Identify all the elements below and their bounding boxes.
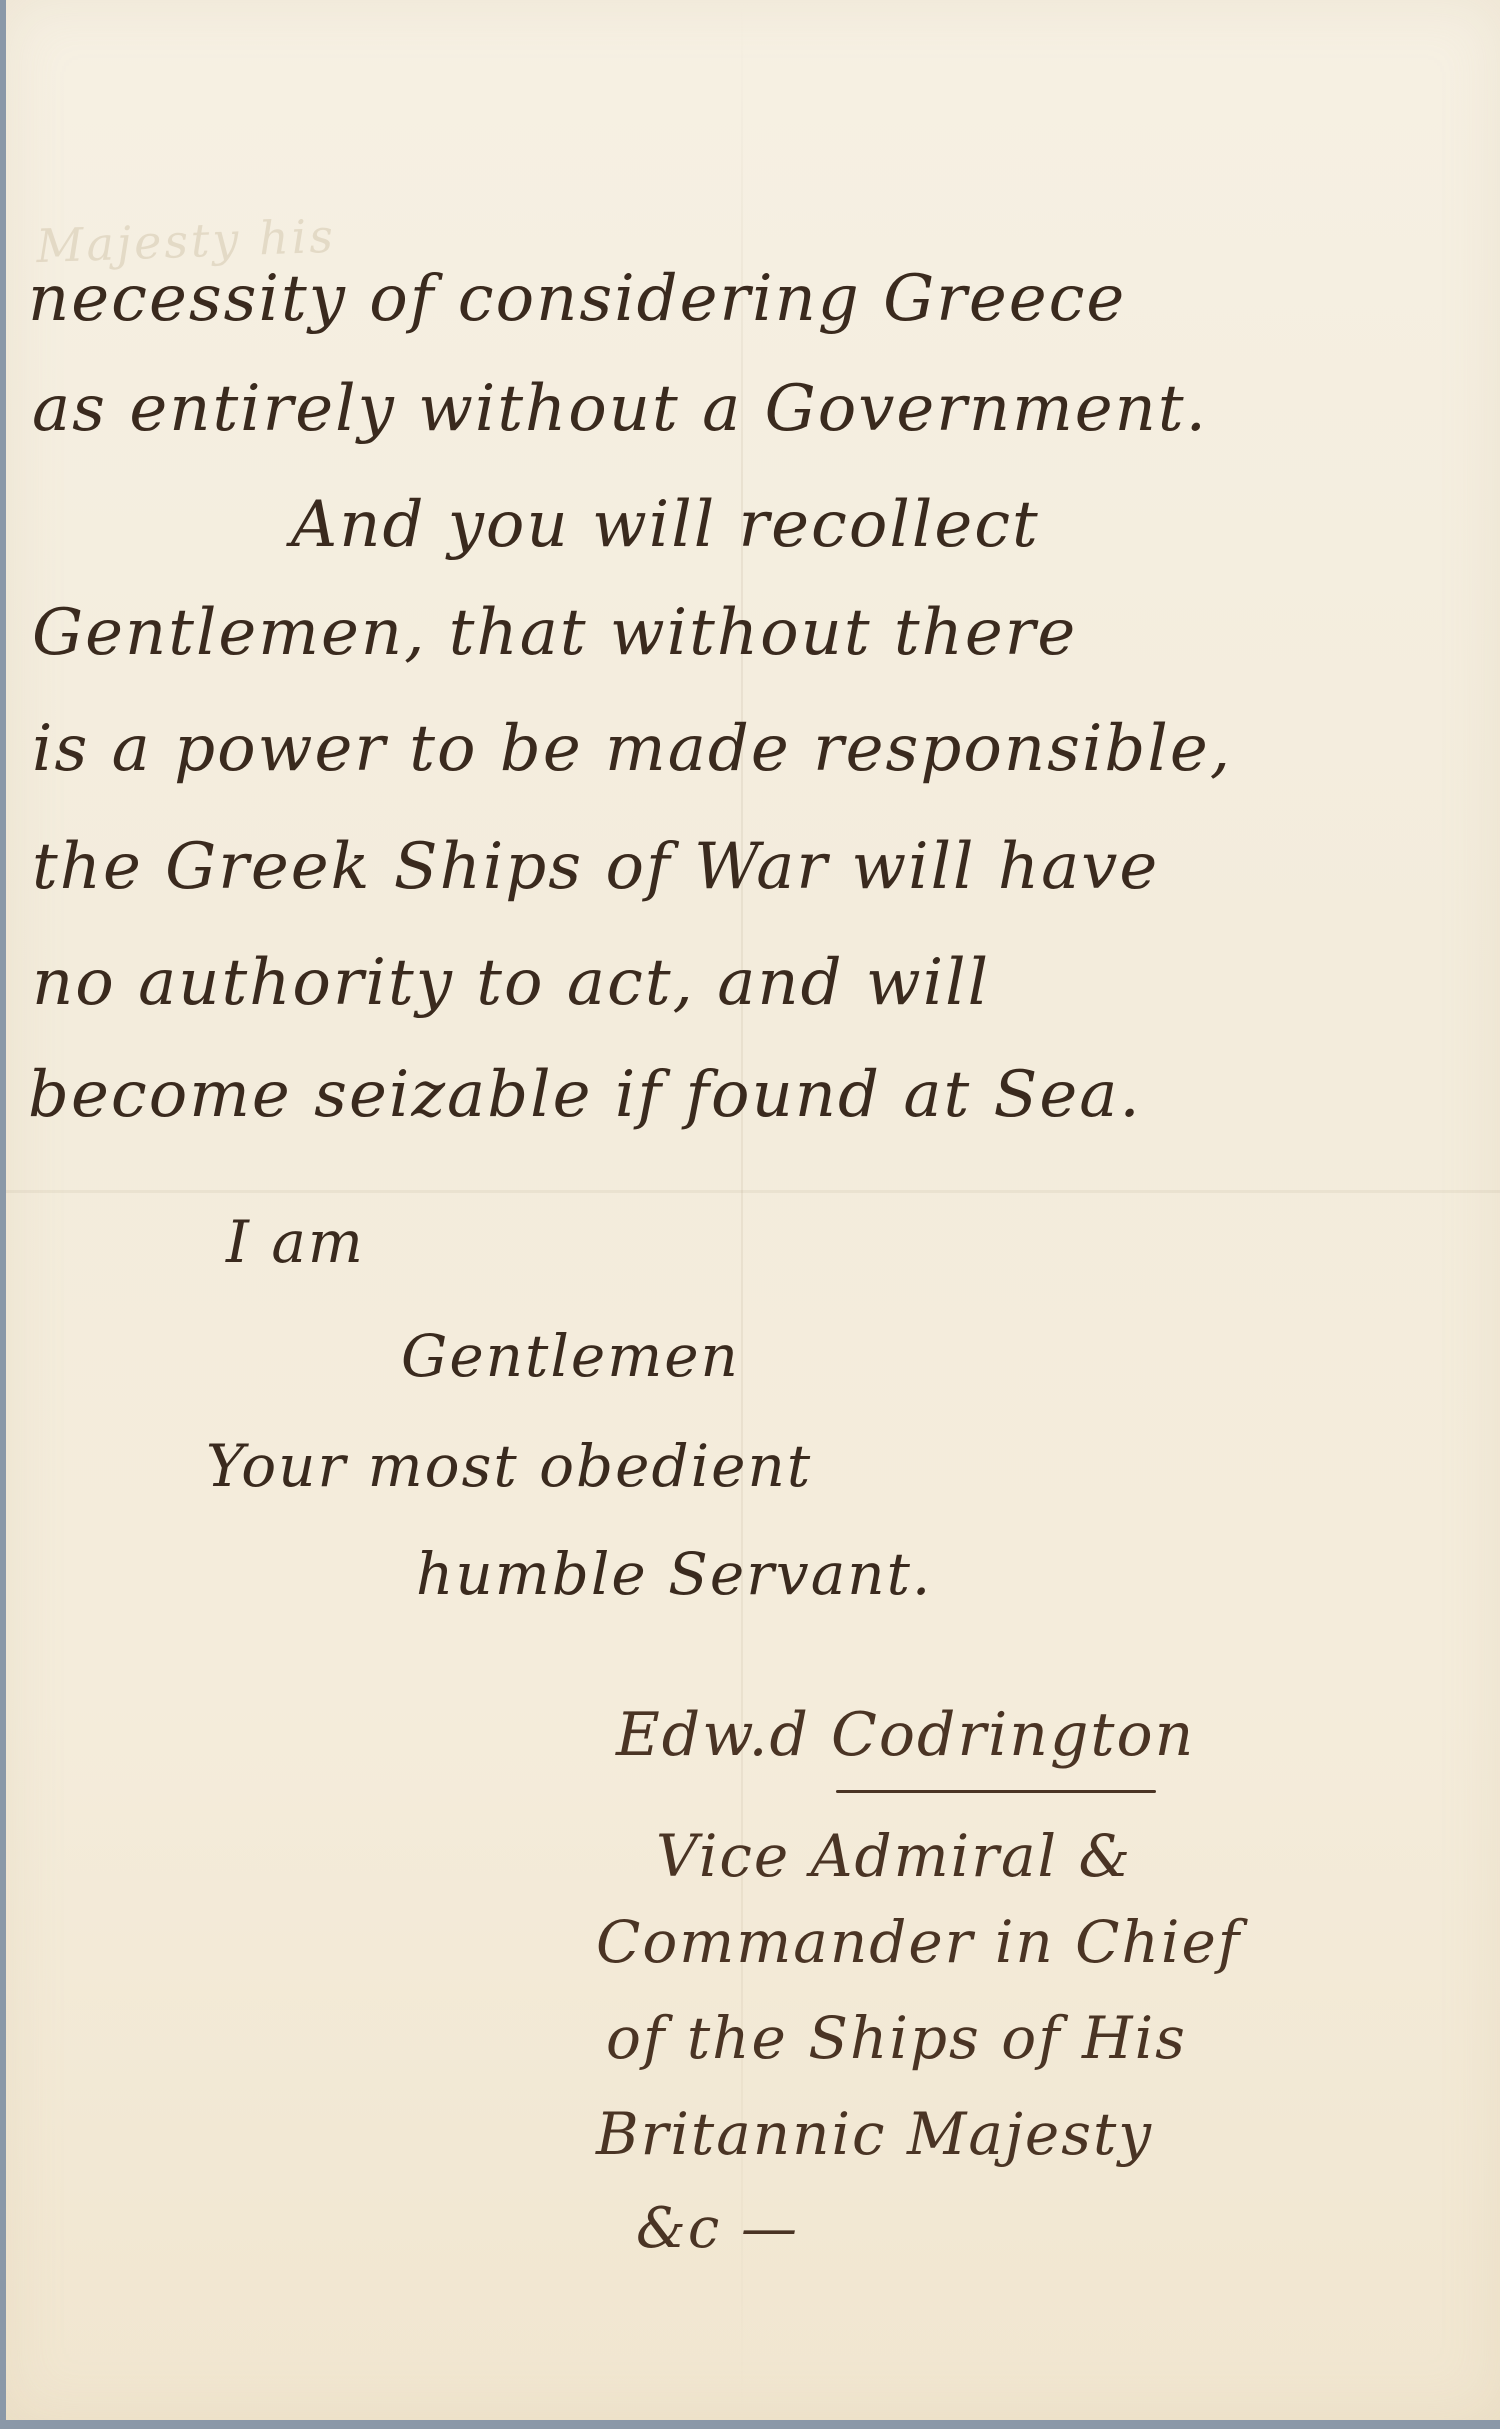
body-line-5: is a power to be made responsible, bbox=[32, 712, 1232, 786]
signature-title-line-5: &c — bbox=[636, 2196, 799, 2261]
horizontal-fold-crease bbox=[6, 1190, 1500, 1193]
letter-page: Majesty his necessity of considering Gre… bbox=[6, 0, 1500, 2420]
body-line-2: as entirely without a Government. bbox=[32, 372, 1208, 446]
signature-title-line-3: of the Ships of His bbox=[606, 2004, 1187, 2072]
signature-title-line-1: Vice Admiral & bbox=[656, 1822, 1132, 1890]
body-line-7: no authority to act, and will bbox=[32, 946, 990, 1020]
closing-line-4: humble Servant. bbox=[416, 1540, 932, 1608]
closing-line-2: Gentlemen bbox=[401, 1322, 740, 1390]
signature-title-line-2: Commander in Chief bbox=[596, 1908, 1241, 1976]
body-line-3: And you will recollect bbox=[291, 488, 1040, 562]
ink-showthrough: Majesty his bbox=[35, 181, 1136, 273]
signature-name: Edw.d Codrington bbox=[616, 1700, 1195, 1770]
body-line-8: become seizable if found at Sea. bbox=[28, 1058, 1142, 1132]
closing-line-1: I am bbox=[226, 1208, 365, 1276]
body-line-1: necessity of considering Greece bbox=[28, 262, 1126, 336]
closing-line-3: Your most obedient bbox=[206, 1432, 812, 1500]
signature-underline bbox=[836, 1790, 1156, 1793]
body-line-6: the Greek Ships of War will have bbox=[32, 830, 1159, 904]
body-line-4: Gentlemen, that without there bbox=[32, 596, 1077, 670]
signature-title-line-4: Britannic Majesty bbox=[596, 2100, 1153, 2168]
